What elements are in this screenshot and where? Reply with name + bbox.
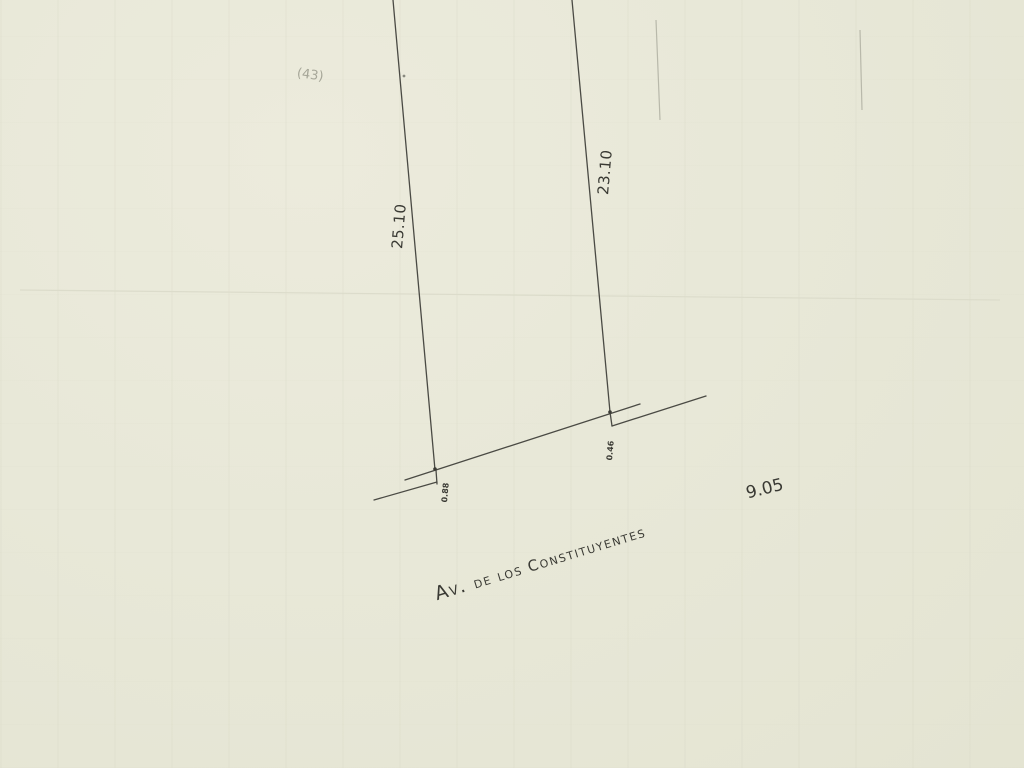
left-corner-point xyxy=(433,467,437,471)
front-line xyxy=(405,404,640,480)
right-corner-tick xyxy=(610,412,612,426)
left-corner-offset: 0.88 xyxy=(440,482,451,502)
right-corner-point xyxy=(608,410,612,414)
survey-plan-sheet: (43) 25.10 23.10 0.88 0.46 Av. de los Co… xyxy=(0,0,1024,768)
paper-crease xyxy=(860,30,862,110)
right-boundary-line xyxy=(572,0,610,412)
street-line-left-segment xyxy=(374,482,437,500)
paper-crease xyxy=(656,20,660,120)
right-corner-offset: 0.46 xyxy=(605,440,616,460)
parcel-drawing xyxy=(0,0,1024,768)
street-line-right-segment xyxy=(612,396,706,426)
ink-mark xyxy=(403,75,406,78)
paper-crease xyxy=(20,290,1000,300)
